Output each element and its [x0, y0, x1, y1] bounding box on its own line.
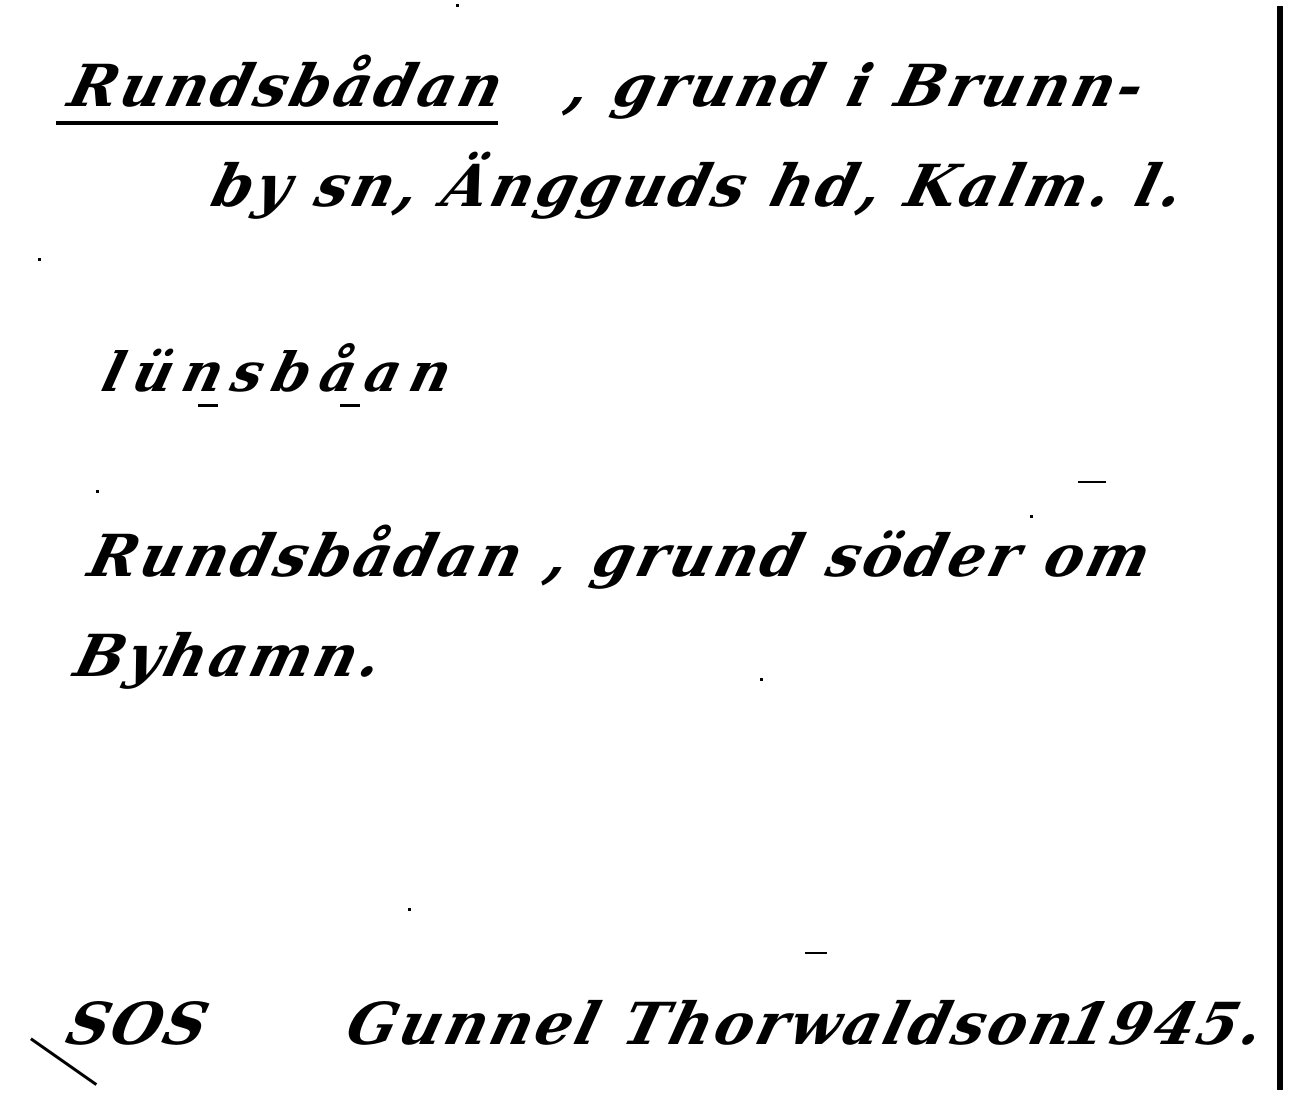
- card-right-edge-inner: [1280, 170, 1283, 900]
- headword-underline: [56, 121, 498, 125]
- pronunciation: lünsbåan: [96, 340, 468, 404]
- scan-speck: [38, 258, 41, 261]
- scan-speck: [456, 4, 459, 7]
- scan-speck: [408, 908, 411, 911]
- scan-speck: [96, 490, 99, 493]
- scan-speck: [760, 678, 763, 681]
- scan-dash: [1078, 481, 1106, 483]
- scan-dash: [805, 952, 827, 954]
- stress-mark-a: [340, 404, 360, 407]
- scan-speck: [1030, 515, 1033, 518]
- signature-year: 1945.: [1060, 990, 1274, 1058]
- headword-1: Rundsbådan: [62, 52, 513, 120]
- stress-mark-n: [198, 404, 218, 407]
- signature-author: Gunnel Thorwaldson: [340, 990, 1084, 1058]
- entry-2-line-1: Rundsbådan , grund söder om: [82, 522, 1161, 590]
- entry-1-line-2: by sn, Ängguds hd, Kalm. l.: [205, 152, 1194, 220]
- entry-1-line-1-rest: , grund i Brunn-: [560, 52, 1154, 120]
- entry-2-line-2: Byhamn.: [68, 622, 392, 690]
- signature-initials: SOS: [60, 990, 217, 1058]
- archive-card: Rundsbådan , grund i Brunn- by sn, Änggu…: [0, 0, 1294, 1096]
